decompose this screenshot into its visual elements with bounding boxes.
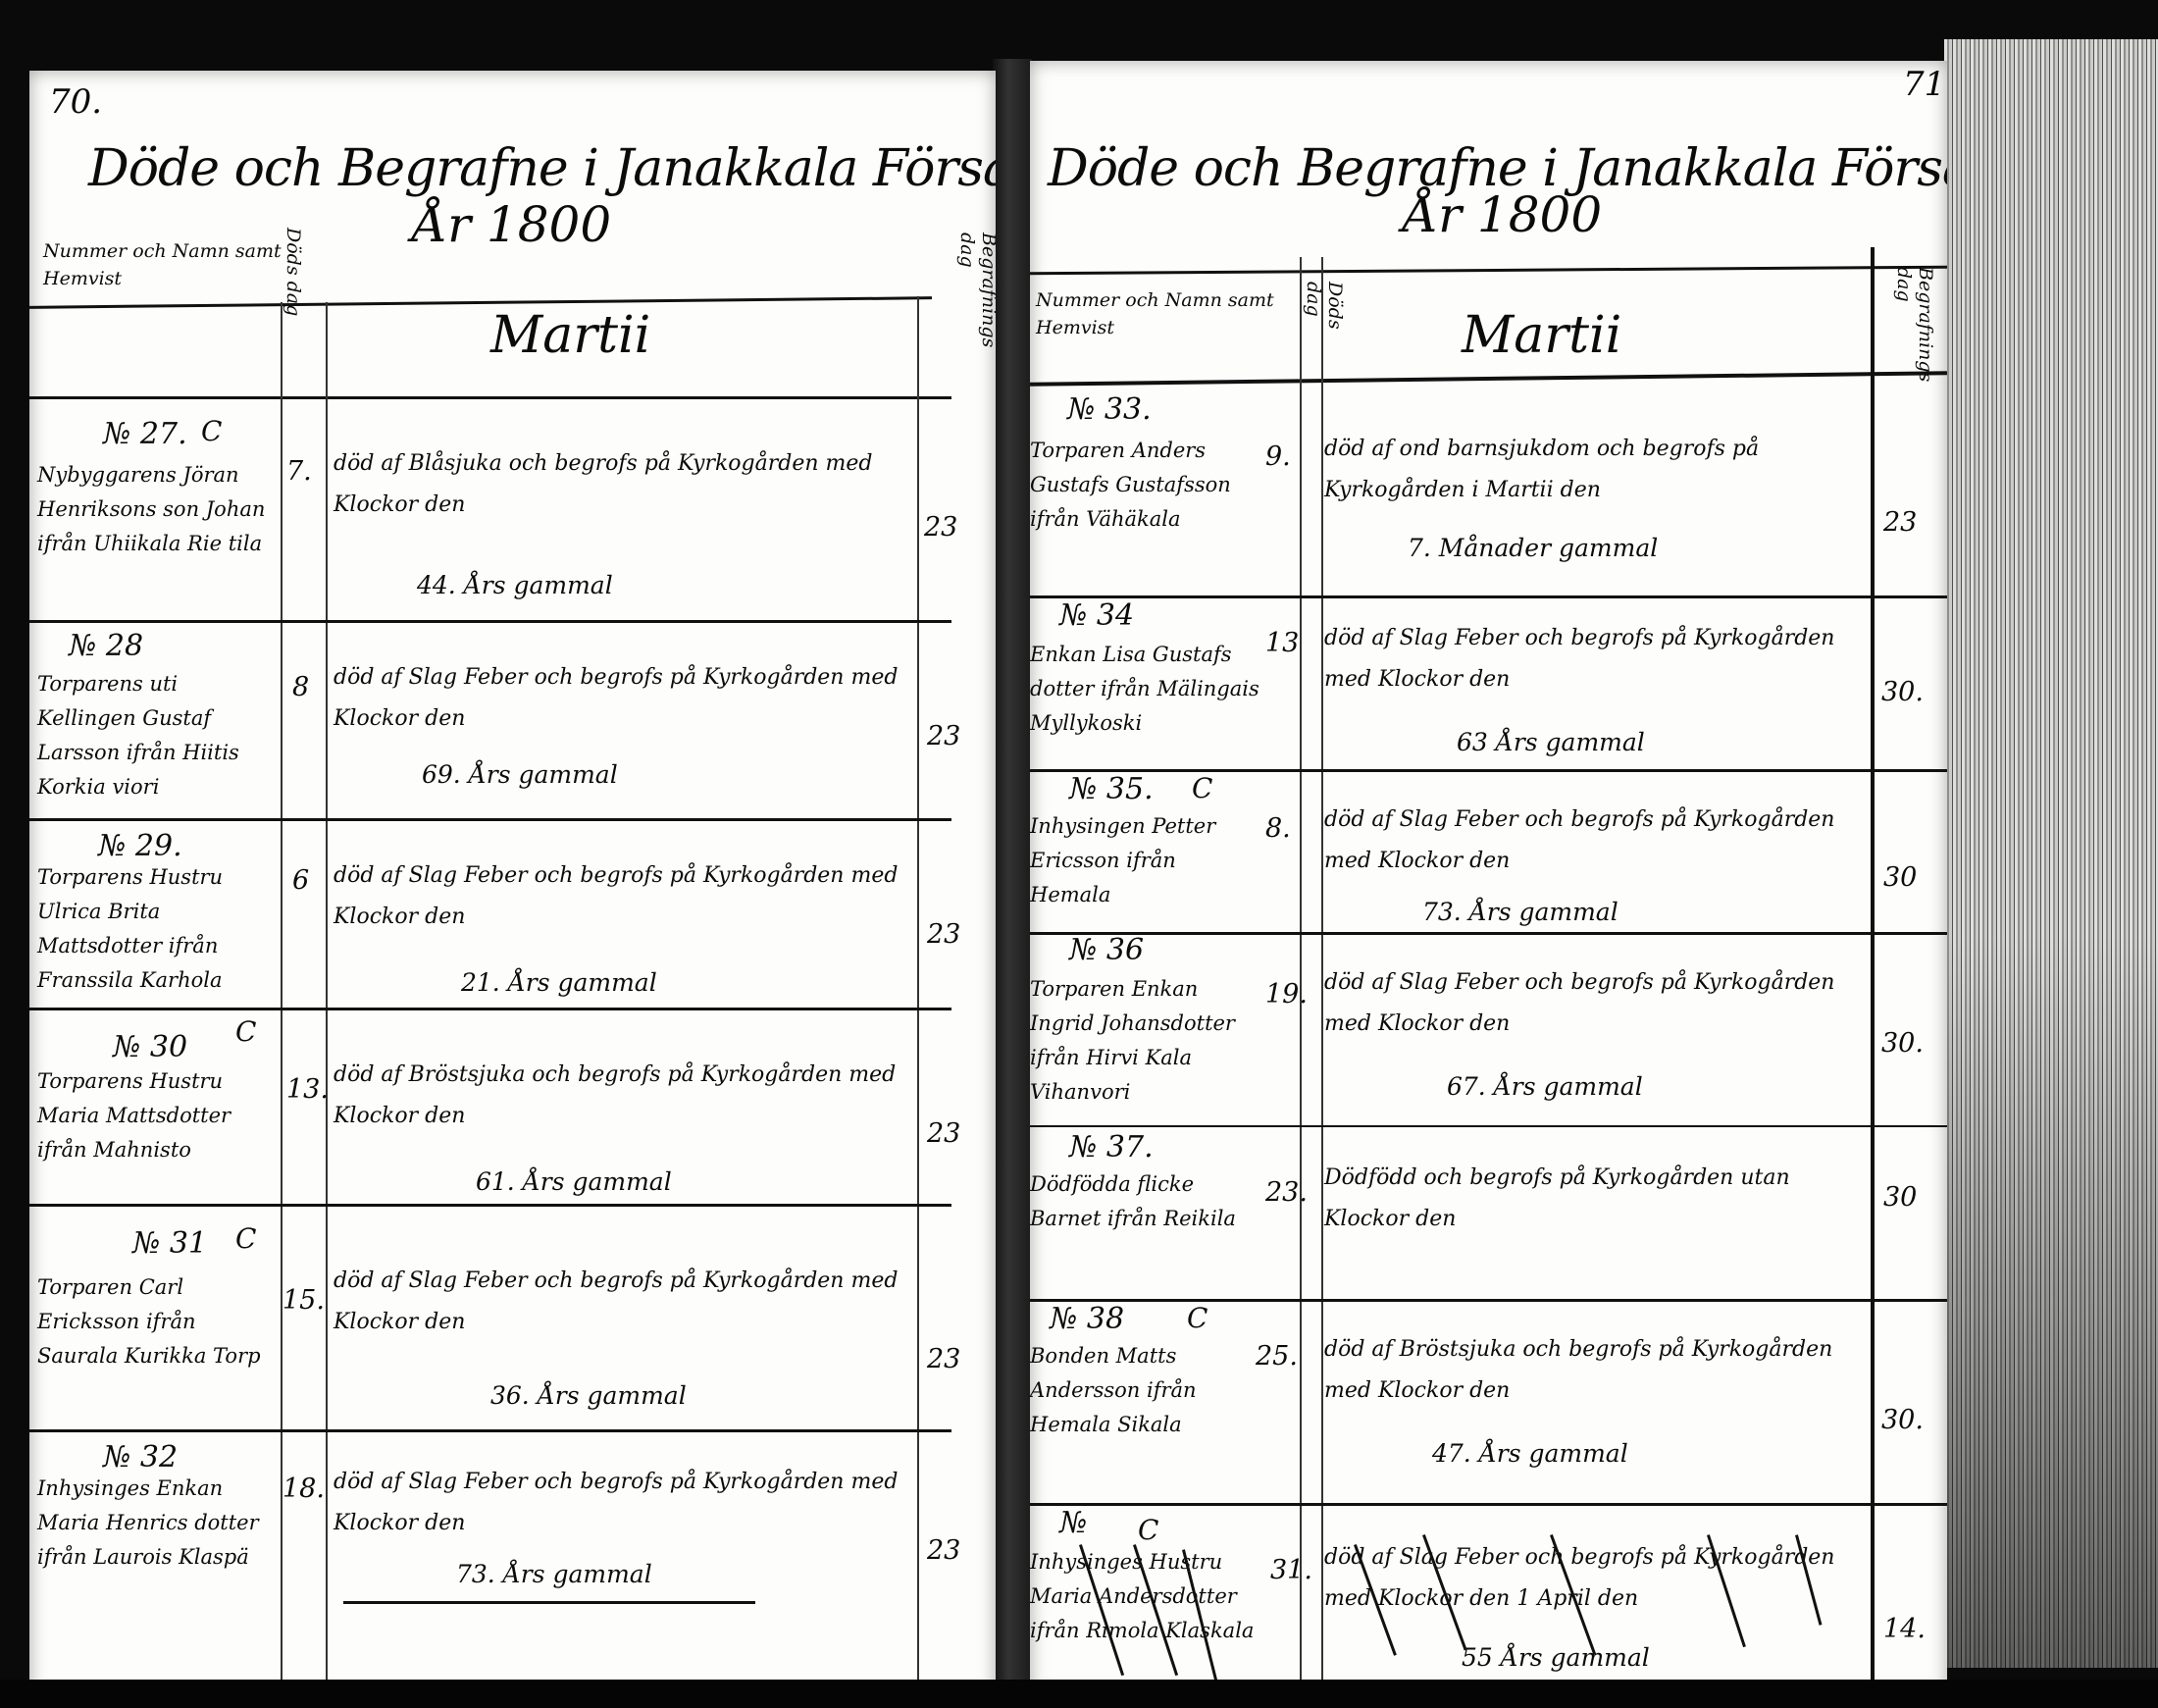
entry-number: № 29. (98, 829, 182, 863)
entry-age: 63 Års gammal (1457, 728, 1645, 756)
entry-age: 73. Års gammal (456, 1560, 652, 1588)
entry-age: 55 Års gammal (1462, 1643, 1650, 1672)
entry-number: № 37. (1069, 1130, 1154, 1165)
entry-number: № 28 (69, 629, 143, 663)
register-title: Döde och Begrafne i Janakkala Församling (88, 139, 996, 198)
row-rule (1030, 1299, 1947, 1302)
entry-cause: död af Blåsjuka och begrofs på Kyrkogård… (334, 443, 912, 526)
header-top-rule (29, 296, 932, 309)
row-rule (29, 818, 951, 821)
entry-death-day: 23. (1265, 1177, 1308, 1208)
month-heading: Martii (1462, 306, 1621, 365)
header-burial-day: Begrafnings dag (956, 233, 996, 380)
entry-number: № 30 (113, 1030, 187, 1064)
row-rule (1030, 1125, 1947, 1127)
register-year: År 1800 (1403, 186, 1602, 243)
column-divider (1300, 257, 1302, 1694)
entry-name: Torparens uti Kellingen Gustaf Larsson i… (37, 667, 268, 804)
entry-death-day: 7. (286, 456, 312, 487)
entry-cause: död af Slag Feber och begrofs på Kyrkogå… (1324, 1537, 1874, 1620)
entry-number: № 36 (1069, 933, 1144, 967)
entry-cause: död af Slag Feber och begrofs på Kyrkogå… (1324, 800, 1874, 882)
entry-burial-day: 23 (924, 512, 957, 543)
page-number: 70. (49, 82, 102, 122)
entry-cause: död af Slag Feber och begrofs på Kyrkogå… (1324, 962, 1874, 1045)
entry-number: № 31 (132, 1226, 207, 1261)
entry-age: 47. Års gammal (1432, 1439, 1628, 1468)
row-rule (29, 1008, 951, 1010)
entry-burial-day: 23 (927, 721, 960, 751)
entry-mark: C (201, 415, 222, 447)
entry-death-day: 25. (1256, 1341, 1298, 1372)
header-bottom-rule (1030, 371, 1947, 386)
entry-number: № 35. (1069, 772, 1154, 806)
header-number-name: Nummer och Namn samt Hemvist (43, 237, 288, 292)
entry-name: Inhysingen Petter Ericsson ifrån Hemala (1030, 809, 1260, 912)
column-divider (1321, 257, 1323, 1694)
entry-age: 69. Års gammal (422, 760, 618, 789)
entry-name: Nybyggarens Jöran Henriksons son Johan i… (37, 458, 268, 561)
entry-burial-day: 30. (1881, 1028, 1924, 1059)
entry-name: Torparen Enkan Ingrid Johansdotter ifrån… (1030, 972, 1260, 1110)
entry-name: Enkan Lisa Gustafs dotter ifrån Mälingai… (1030, 638, 1260, 741)
entry-age: 36. Års gammal (490, 1381, 687, 1410)
entry-death-day: 13 (1265, 628, 1299, 658)
entry-death-day: 8 (292, 672, 309, 702)
entry-death-day: 13. (286, 1074, 329, 1105)
header-burial-day: Begrafnings dag (1893, 267, 1936, 385)
book-page-edges (1944, 39, 2158, 1668)
entry-age: 44. Års gammal (417, 571, 613, 599)
entry-name: Inhysinges Enkan Maria Henrics dotter if… (37, 1472, 268, 1575)
register-year: År 1800 (412, 196, 611, 253)
entry-burial-day: 14. (1883, 1614, 1926, 1644)
right-page: 71. Döde och Begrafne i Janakkala Försam… (1030, 61, 1947, 1694)
entry-mark: C (1187, 1302, 1207, 1334)
entry-cause: död af Slag Feber och begrofs på Kyrkogå… (334, 855, 912, 938)
entry-cause: död af Slag Feber och begrofs på Kyrkogå… (1324, 618, 1874, 700)
entry-death-day: 31. (1270, 1555, 1312, 1585)
header-number-name: Nummer och Namn samt Hemvist (1036, 286, 1296, 341)
entry-age: 21. Års gammal (461, 968, 657, 997)
entry-age: 67. Års gammal (1447, 1072, 1643, 1101)
row-rule (1030, 932, 1947, 935)
row-rule (1030, 769, 1947, 772)
entry-name: Bonden Matts Andersson ifrån Hemala Sika… (1030, 1339, 1260, 1442)
column-divider (326, 302, 328, 1695)
row-rule (1030, 1503, 1947, 1506)
entry-mark: C (1192, 772, 1212, 804)
entry-mark: C (235, 1015, 256, 1048)
entry-death-day: 8. (1265, 813, 1291, 844)
row-rule (29, 620, 951, 623)
book-gutter (993, 59, 1032, 1708)
entry-number: № 27. (103, 417, 187, 451)
entry-age: 7. Månader gammal (1408, 534, 1658, 562)
entry-name: Inhysinges Hustru Maria Andersdotter ifr… (1030, 1545, 1260, 1648)
header-top-rule (1030, 266, 1947, 276)
scan-bottom-edge (0, 1680, 2158, 1708)
entry-cause: Dödfödd och begrofs på Kyrkogården utan … (1324, 1158, 1874, 1240)
entry-burial-day: 23 (927, 1535, 960, 1566)
row-rule (29, 1204, 951, 1207)
entry-cause: död af Slag Feber och begrofs på Kyrkogå… (334, 1261, 912, 1343)
entry-age: 61. Års gammal (476, 1167, 672, 1196)
entry-number: № 33. (1067, 392, 1152, 427)
entry-death-day: 15. (283, 1285, 325, 1316)
entry-number: № (1059, 1506, 1087, 1540)
entry-burial-day: 30. (1881, 1405, 1924, 1435)
entry-name: Torparen Anders Gustafs Gustafsson ifrån… (1030, 434, 1260, 537)
header-death-day: Döds dag (1303, 282, 1346, 370)
entry-mark: C (1138, 1514, 1158, 1546)
entry-burial-day: 23 (927, 919, 960, 950)
entry-burial-day: 23 (927, 1344, 960, 1374)
entry-burial-day: 30 (1883, 862, 1917, 893)
header-death-day: Döds dag (283, 228, 304, 326)
entry-cause: död af Slag Feber och begrofs på Kyrkogå… (334, 657, 912, 740)
entry-cause: död af Bröstsjuka och begrofs på Kyrkogå… (334, 1055, 912, 1137)
entry-name: Torparen Carl Ericksson ifrån Saurala Ku… (37, 1270, 268, 1373)
row-rule (29, 1429, 951, 1432)
closing-rule (343, 1601, 755, 1604)
entry-number: № 34 (1059, 598, 1134, 633)
entry-age: 73. Års gammal (1422, 898, 1618, 926)
entry-name: Dödfödda flicke Barnet ifrån Reikila (1030, 1167, 1260, 1236)
header-bottom-rule (29, 396, 951, 399)
month-heading: Martii (490, 306, 650, 365)
entry-burial-day: 23 (1883, 507, 1917, 538)
left-page: 70. Döde och Begrafne i Janakkala Försam… (29, 71, 996, 1699)
entry-death-day: 6 (292, 865, 309, 896)
column-divider (917, 296, 919, 1699)
entry-cause: död af Bröstsjuka och begrofs på Kyrkogå… (1324, 1329, 1874, 1412)
entry-death-day: 9. (1265, 441, 1291, 472)
entry-number: № 38 (1050, 1302, 1124, 1336)
entry-burial-day: 30. (1881, 677, 1924, 707)
entry-death-day: 18. (283, 1474, 325, 1504)
page-number: 71. (1903, 65, 1947, 104)
entry-cause: död af Slag Feber och begrofs på Kyrkogå… (334, 1462, 912, 1544)
entry-cause: död af ond barnsjukdom och begrofs på Ky… (1324, 429, 1874, 511)
entry-name: Torparens Hustru Ulrica Brita Mattsdotte… (37, 860, 268, 998)
entry-death-day: 19. (1265, 979, 1308, 1009)
entry-name: Torparens Hustru Maria Mattsdotter ifrån… (37, 1064, 268, 1167)
row-rule (1030, 595, 1947, 598)
entry-mark: C (235, 1222, 256, 1255)
entry-burial-day: 30 (1883, 1182, 1917, 1213)
entry-burial-day: 23 (927, 1118, 960, 1149)
entry-number: № 32 (103, 1440, 178, 1475)
